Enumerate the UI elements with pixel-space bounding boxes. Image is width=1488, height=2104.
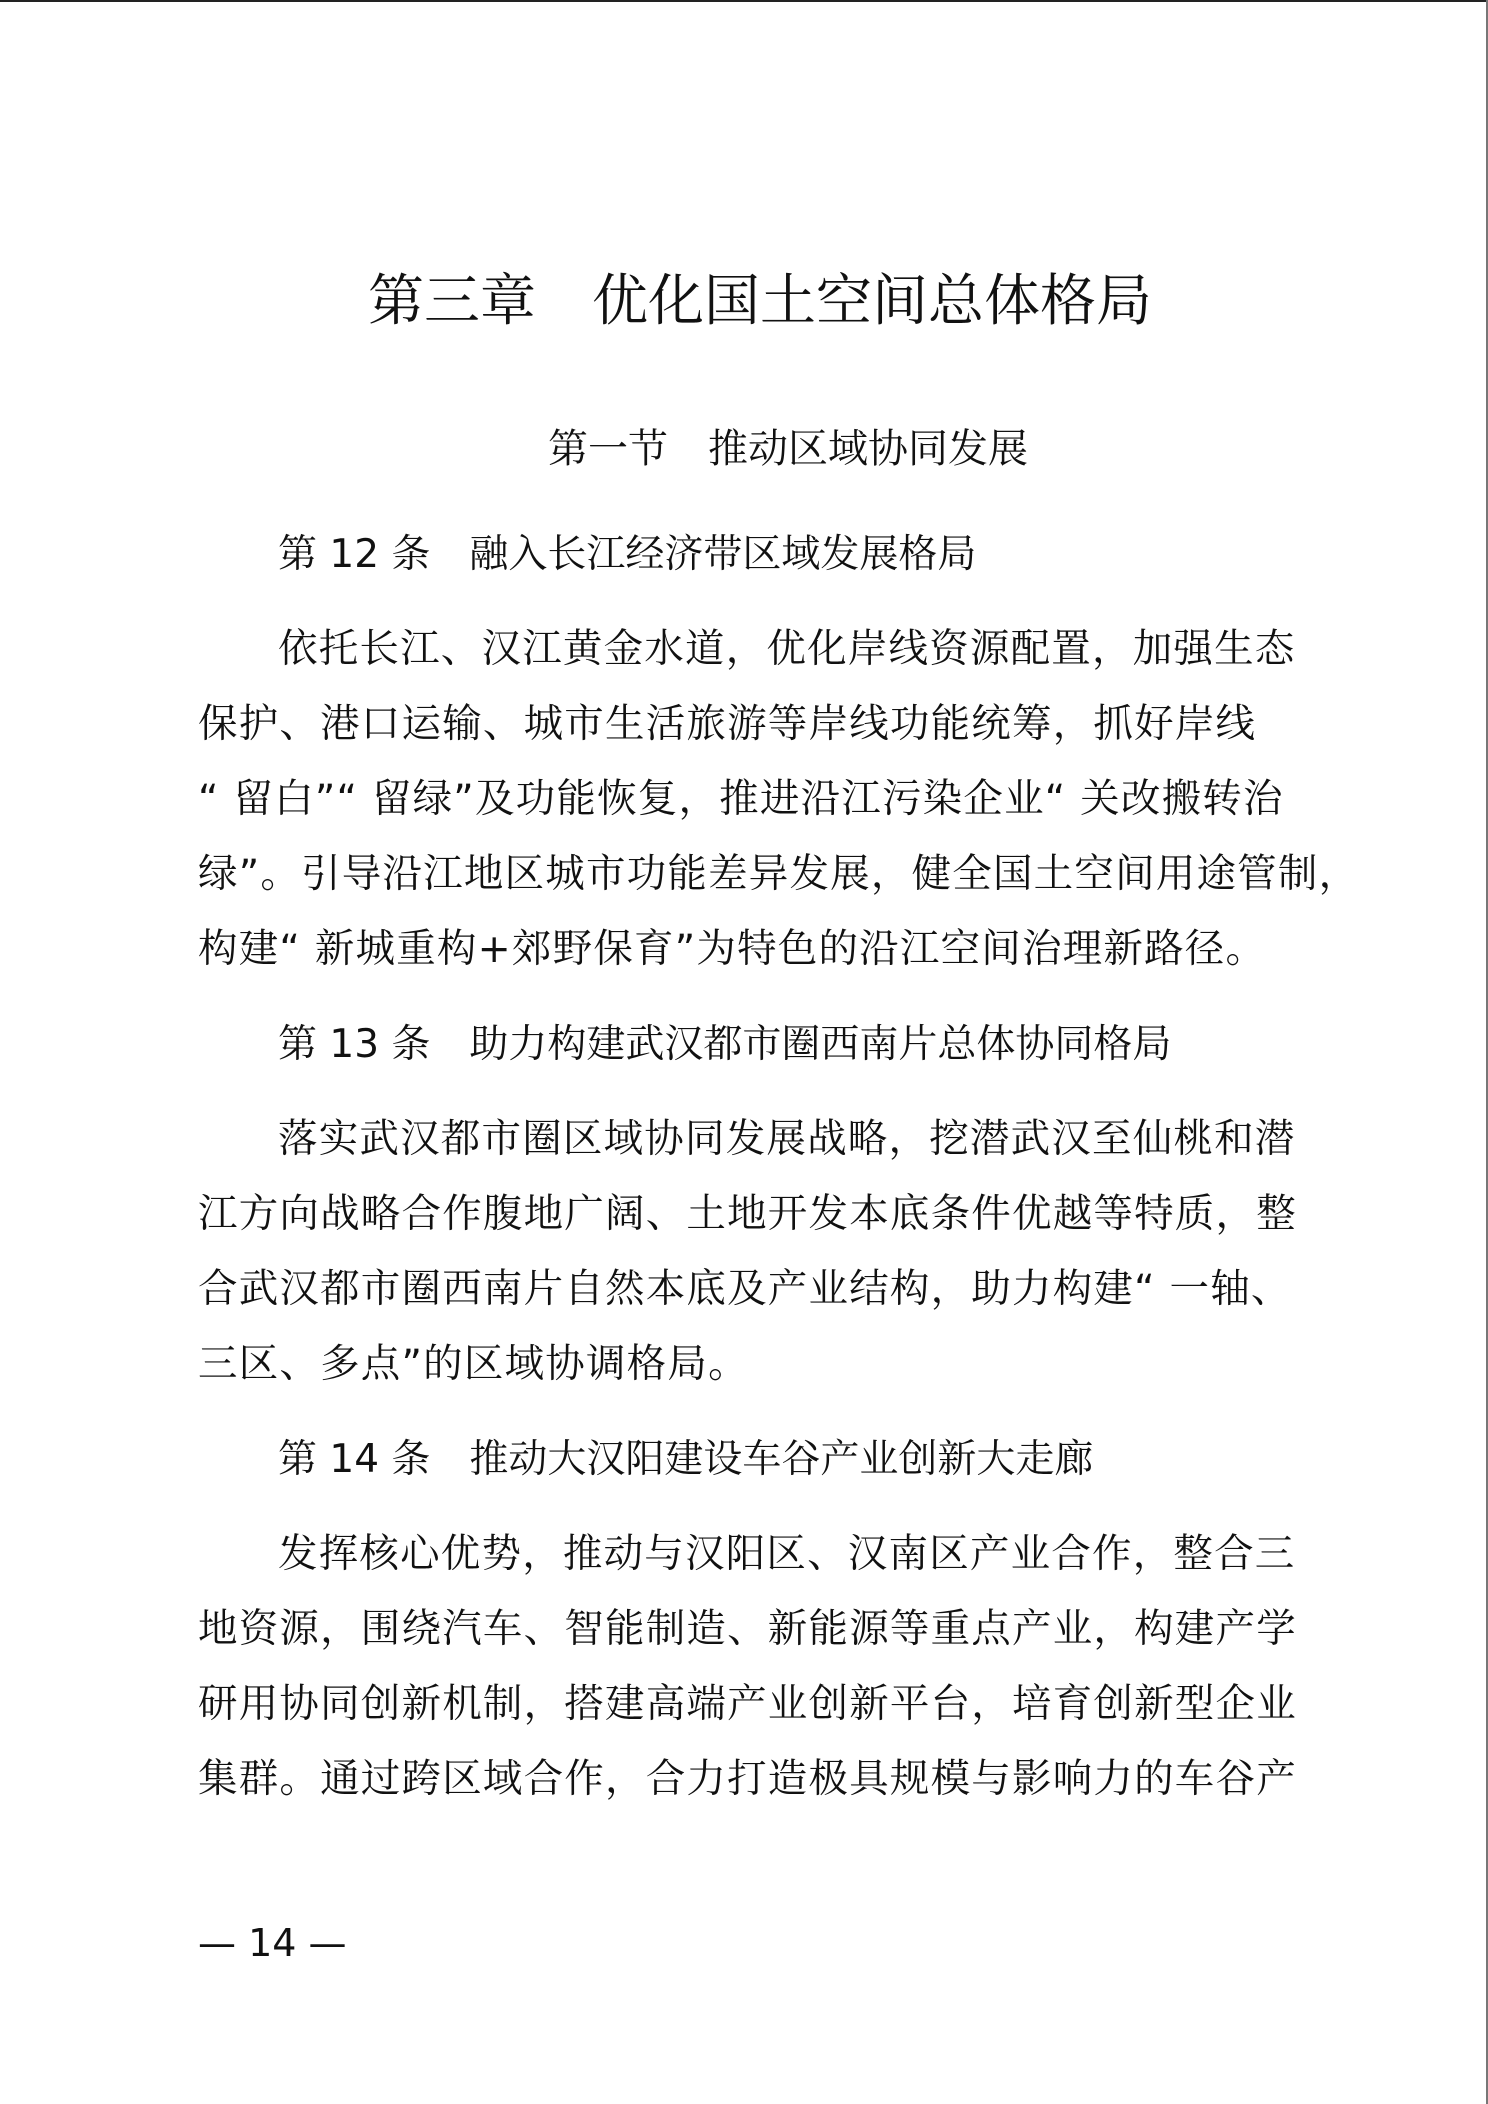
article-14-line: 发挥核心优势，推动与汉阳区、汉南区产业合作，整合三 [278, 1535, 1296, 1575]
article-13-line: 落实武汉都市圈区域协同发展战略，挖潜武汉至仙桃和潜 [278, 1120, 1296, 1160]
article-12-line: “ 留白”“ 留绿”及功能恢复，推进沿江污染企业“ 关改搬转治 [198, 780, 1284, 820]
article-13-line: 江方向战略合作腹地广阔、土地开发本底条件优越等特质，整 [198, 1195, 1297, 1235]
article-12-line: 依托长江、汉江黄金水道，优化岸线资源配置，加强生态 [278, 630, 1296, 670]
article-12-line: 绿”。引导沿江地区城市功能差异发展，健全国土空间用途管制， [198, 855, 1359, 895]
article-13-heading: 第 13 条 助力构建武汉都市圈西南片总体协同格局 [278, 1025, 1171, 1064]
article-13-line: 三区、多点”的区域协调格局。 [198, 1345, 749, 1385]
chapter-title: 第三章 优化国土空间总体格局 [368, 274, 1152, 330]
article-12-heading: 第 12 条 融入长江经济带区域发展格局 [278, 535, 976, 574]
article-14-line: 集群。通过跨区域合作，合力打造极具规模与影响力的车谷产 [198, 1760, 1297, 1800]
article-14-line: 地资源，围绕汽车、智能制造、新能源等重点产业，构建产学 [198, 1610, 1297, 1650]
article-14-heading: 第 14 条 推动大汉阳建设车谷产业创新大走廊 [278, 1440, 1093, 1479]
article-13-line: 合武汉都市圈西南片自然本底及产业结构，助力构建“ 一轴、 [198, 1270, 1292, 1310]
article-12-line: 保护、港口运输、城市生活旅游等岸线功能统筹，抓好岸线 [198, 705, 1256, 745]
section-title: 第一节 推动区域协同发展 [548, 429, 1028, 469]
article-12-line: 构建“ 新城重构+郊野保育”为特色的沿江空间治理新路径。 [198, 930, 1266, 970]
page-top-border [0, 0, 1488, 2]
article-14-line: 研用协同创新机制，搭建高端产业创新平台，培育创新型企业 [198, 1685, 1297, 1725]
page-number: — 14 — [198, 1924, 347, 1962]
